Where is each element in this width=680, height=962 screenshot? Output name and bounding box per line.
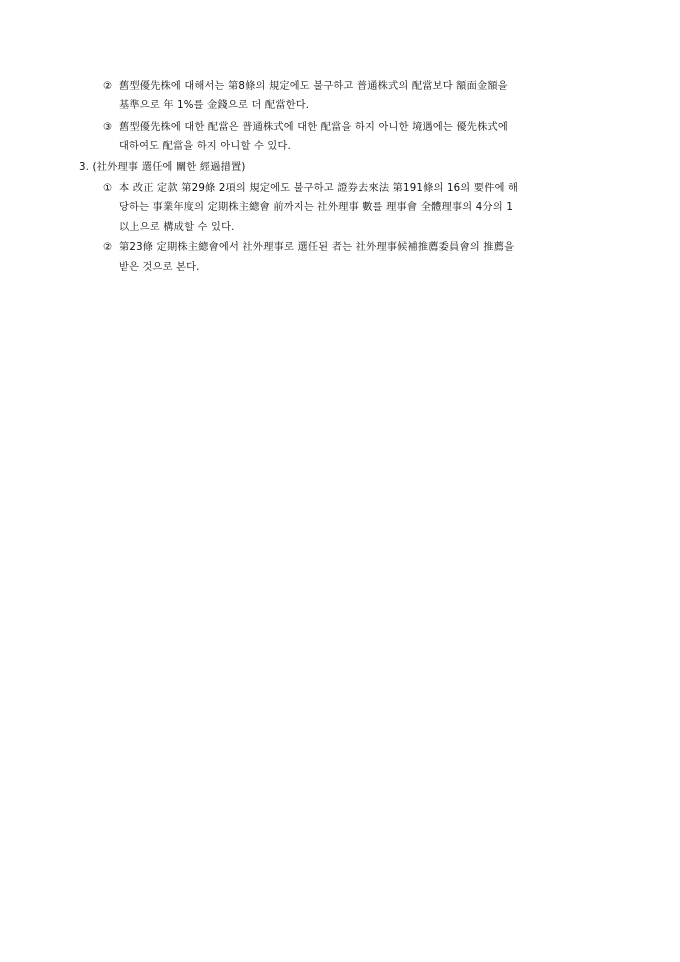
item-text: 받은 것으로 본다. <box>119 262 200 273</box>
item-text: 당하는 事業年度의 定期株主總會 前까지는 社外理事 數를 理事會 全體理事의 … <box>119 202 513 213</box>
item-3-line-2: 대하여도 配當을 하지 아니할 수 있다. <box>119 140 291 154</box>
item-marker: ② <box>103 241 119 255</box>
item-text: 舊型優先株에 대한 配當은 普通株式에 대한 配當을 하지 아니한 境遇에는 優… <box>119 122 508 133</box>
item-2-line-1: ②舊型優先株에 대해서는 第8條의 規定에도 불구하고 普通株式의 配當보다 額… <box>103 80 508 94</box>
item-text: 대하여도 配當을 하지 아니할 수 있다. <box>119 141 291 152</box>
item-marker: ③ <box>103 121 119 135</box>
item-3-line-1: ③舊型優先株에 대한 配當은 普通株式에 대한 配當을 하지 아니한 境遇에는 … <box>103 121 508 135</box>
section3-item-1-line-3: 以上으로 構成할 수 있다. <box>119 221 235 235</box>
section3-item-1-line-1: ①本 改正 定款 第29條 2項의 規定에도 불구하고 證券去來法 第191條의… <box>103 182 518 196</box>
section-3-heading: 3. (社外理事 選任에 關한 經過措置) <box>79 161 246 175</box>
item-text: 第23條 定期株主總會에서 社外理事로 選任된 者는 社外理事候補推薦委員會의 … <box>119 242 514 253</box>
section3-item-2-line-1: ②第23條 定期株主總會에서 社外理事로 選任된 者는 社外理事候補推薦委員會의… <box>103 241 514 255</box>
section3-item-2-line-2: 받은 것으로 본다. <box>119 261 200 275</box>
item-2-line-2: 基準으로 年 1%를 金錢으로 더 配當한다. <box>119 99 309 113</box>
item-marker: ② <box>103 80 119 94</box>
item-text: 以上으로 構成할 수 있다. <box>119 222 235 233</box>
item-text: 本 改正 定款 第29條 2項의 規定에도 불구하고 證券去來法 第191條의 … <box>119 183 518 194</box>
section-heading: 3. (社外理事 選任에 關한 經過措置) <box>79 162 246 173</box>
item-text: 基準으로 年 1%를 金錢으로 더 配當한다. <box>119 100 309 111</box>
item-marker: ① <box>103 182 119 196</box>
document-page: ②舊型優先株에 대해서는 第8條의 規定에도 불구하고 普通株式의 配當보다 額… <box>0 0 680 962</box>
section3-item-1-line-2: 당하는 事業年度의 定期株主總會 前까지는 社外理事 數를 理事會 全體理事의 … <box>119 201 513 215</box>
item-text: 舊型優先株에 대해서는 第8條의 規定에도 불구하고 普通株式의 配當보다 額面… <box>119 81 508 92</box>
